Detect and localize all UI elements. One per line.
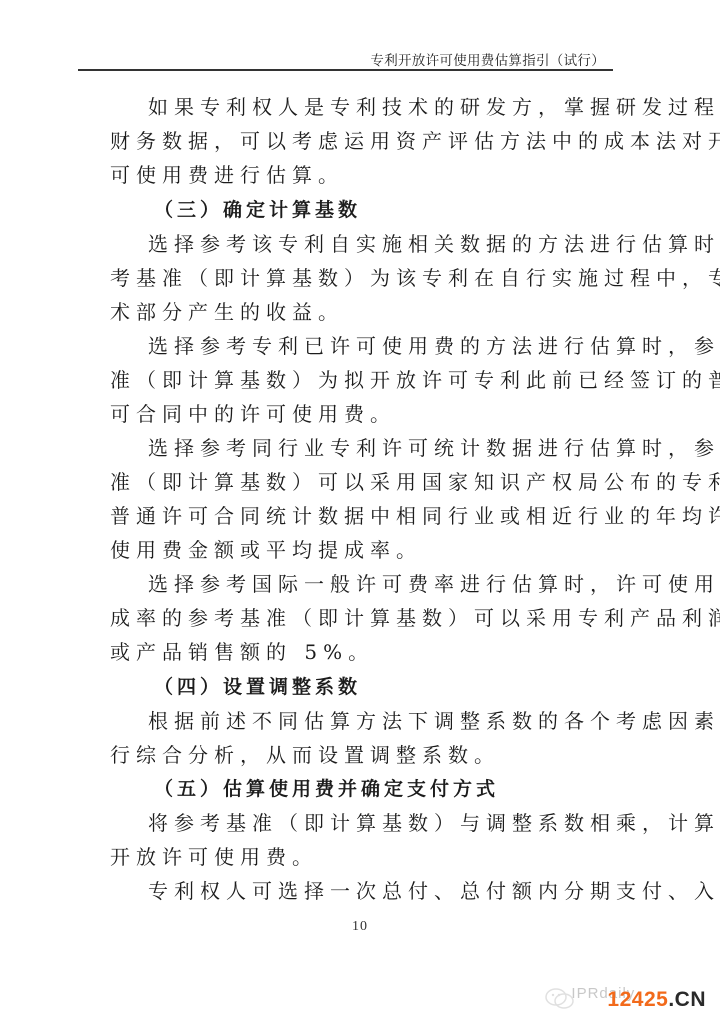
paragraph-line: 准（即计算基数）为拟开放许可专利此前已经签订的普通许 xyxy=(110,363,720,397)
header-rule xyxy=(78,69,613,71)
paragraph-line: 普通许可合同统计数据中相同行业或相近行业的年均许可 xyxy=(110,499,720,533)
paragraph-line: 专利权人可选择一次总付、总付额内分期支付、入门费 xyxy=(148,874,720,908)
paragraph-line: 如果专利权人是专利技术的研发方，掌握研发过程中的 xyxy=(148,90,720,124)
document-page: 专利开放许可使用费估算指引（试行） 如果专利权人是专利技术的研发方，掌握研发过程… xyxy=(0,0,720,1019)
paragraph-line: 选择参考国际一般许可费率进行估算时，许可使用费提 xyxy=(148,567,720,601)
paragraph-line: 选择参考同行业专利许可统计数据进行估算时，参考基 xyxy=(148,431,720,465)
paragraph-line: 成率的参考基准（即计算基数）可以采用专利产品利润的 25% xyxy=(110,601,720,635)
paragraph-line: 选择参考专利已许可使用费的方法进行估算时，参考基 xyxy=(148,329,720,363)
paragraph-line: 考基准（即计算基数）为该专利在自行实施过程中，专利技 xyxy=(110,261,720,295)
site-logo-tld: .CN xyxy=(668,988,706,1011)
paragraph-line: 使用费金额或平均提成率。 xyxy=(110,533,422,567)
paragraph-line: 准（即计算基数）可以采用国家知识产权局公布的专利实施 xyxy=(110,465,720,499)
section-heading: （五）估算使用费并确定支付方式 xyxy=(154,772,499,806)
paragraph-line: 根据前述不同估算方法下调整系数的各个考虑因素，进 xyxy=(148,704,720,738)
paragraph-line: 术部分产生的收益。 xyxy=(110,295,344,329)
page-number: 10 xyxy=(0,919,720,935)
paragraph-line: 选择参考该专利自实施相关数据的方法进行估算时，参 xyxy=(148,227,720,261)
site-logo: 12425.CN xyxy=(607,988,706,1012)
paragraph-line: 或产品销售额的 5%。 xyxy=(110,635,374,669)
paragraph-line: 行综合分析，从而设置调整系数。 xyxy=(110,738,500,772)
paragraph-line: 财务数据，可以考虑运用资产评估方法中的成本法对开放许 xyxy=(110,124,720,158)
site-watermark: IPRdaily 12425.CN xyxy=(607,985,706,1015)
site-logo-number: 12425 xyxy=(607,988,668,1011)
running-header-title: 专利开放许可使用费估算指引（试行） xyxy=(370,49,605,69)
paragraph-line: 可合同中的许可使用费。 xyxy=(110,397,396,431)
paragraph-line: 将参考基准（即计算基数）与调整系数相乘，计算得出 xyxy=(148,806,720,840)
section-heading: （三）确定计算基数 xyxy=(154,193,361,227)
paragraph-line: 开放许可使用费。 xyxy=(110,840,318,874)
paragraph-line: 可使用费进行估算。 xyxy=(110,158,344,192)
section-heading: （四）设置调整系数 xyxy=(154,670,361,704)
